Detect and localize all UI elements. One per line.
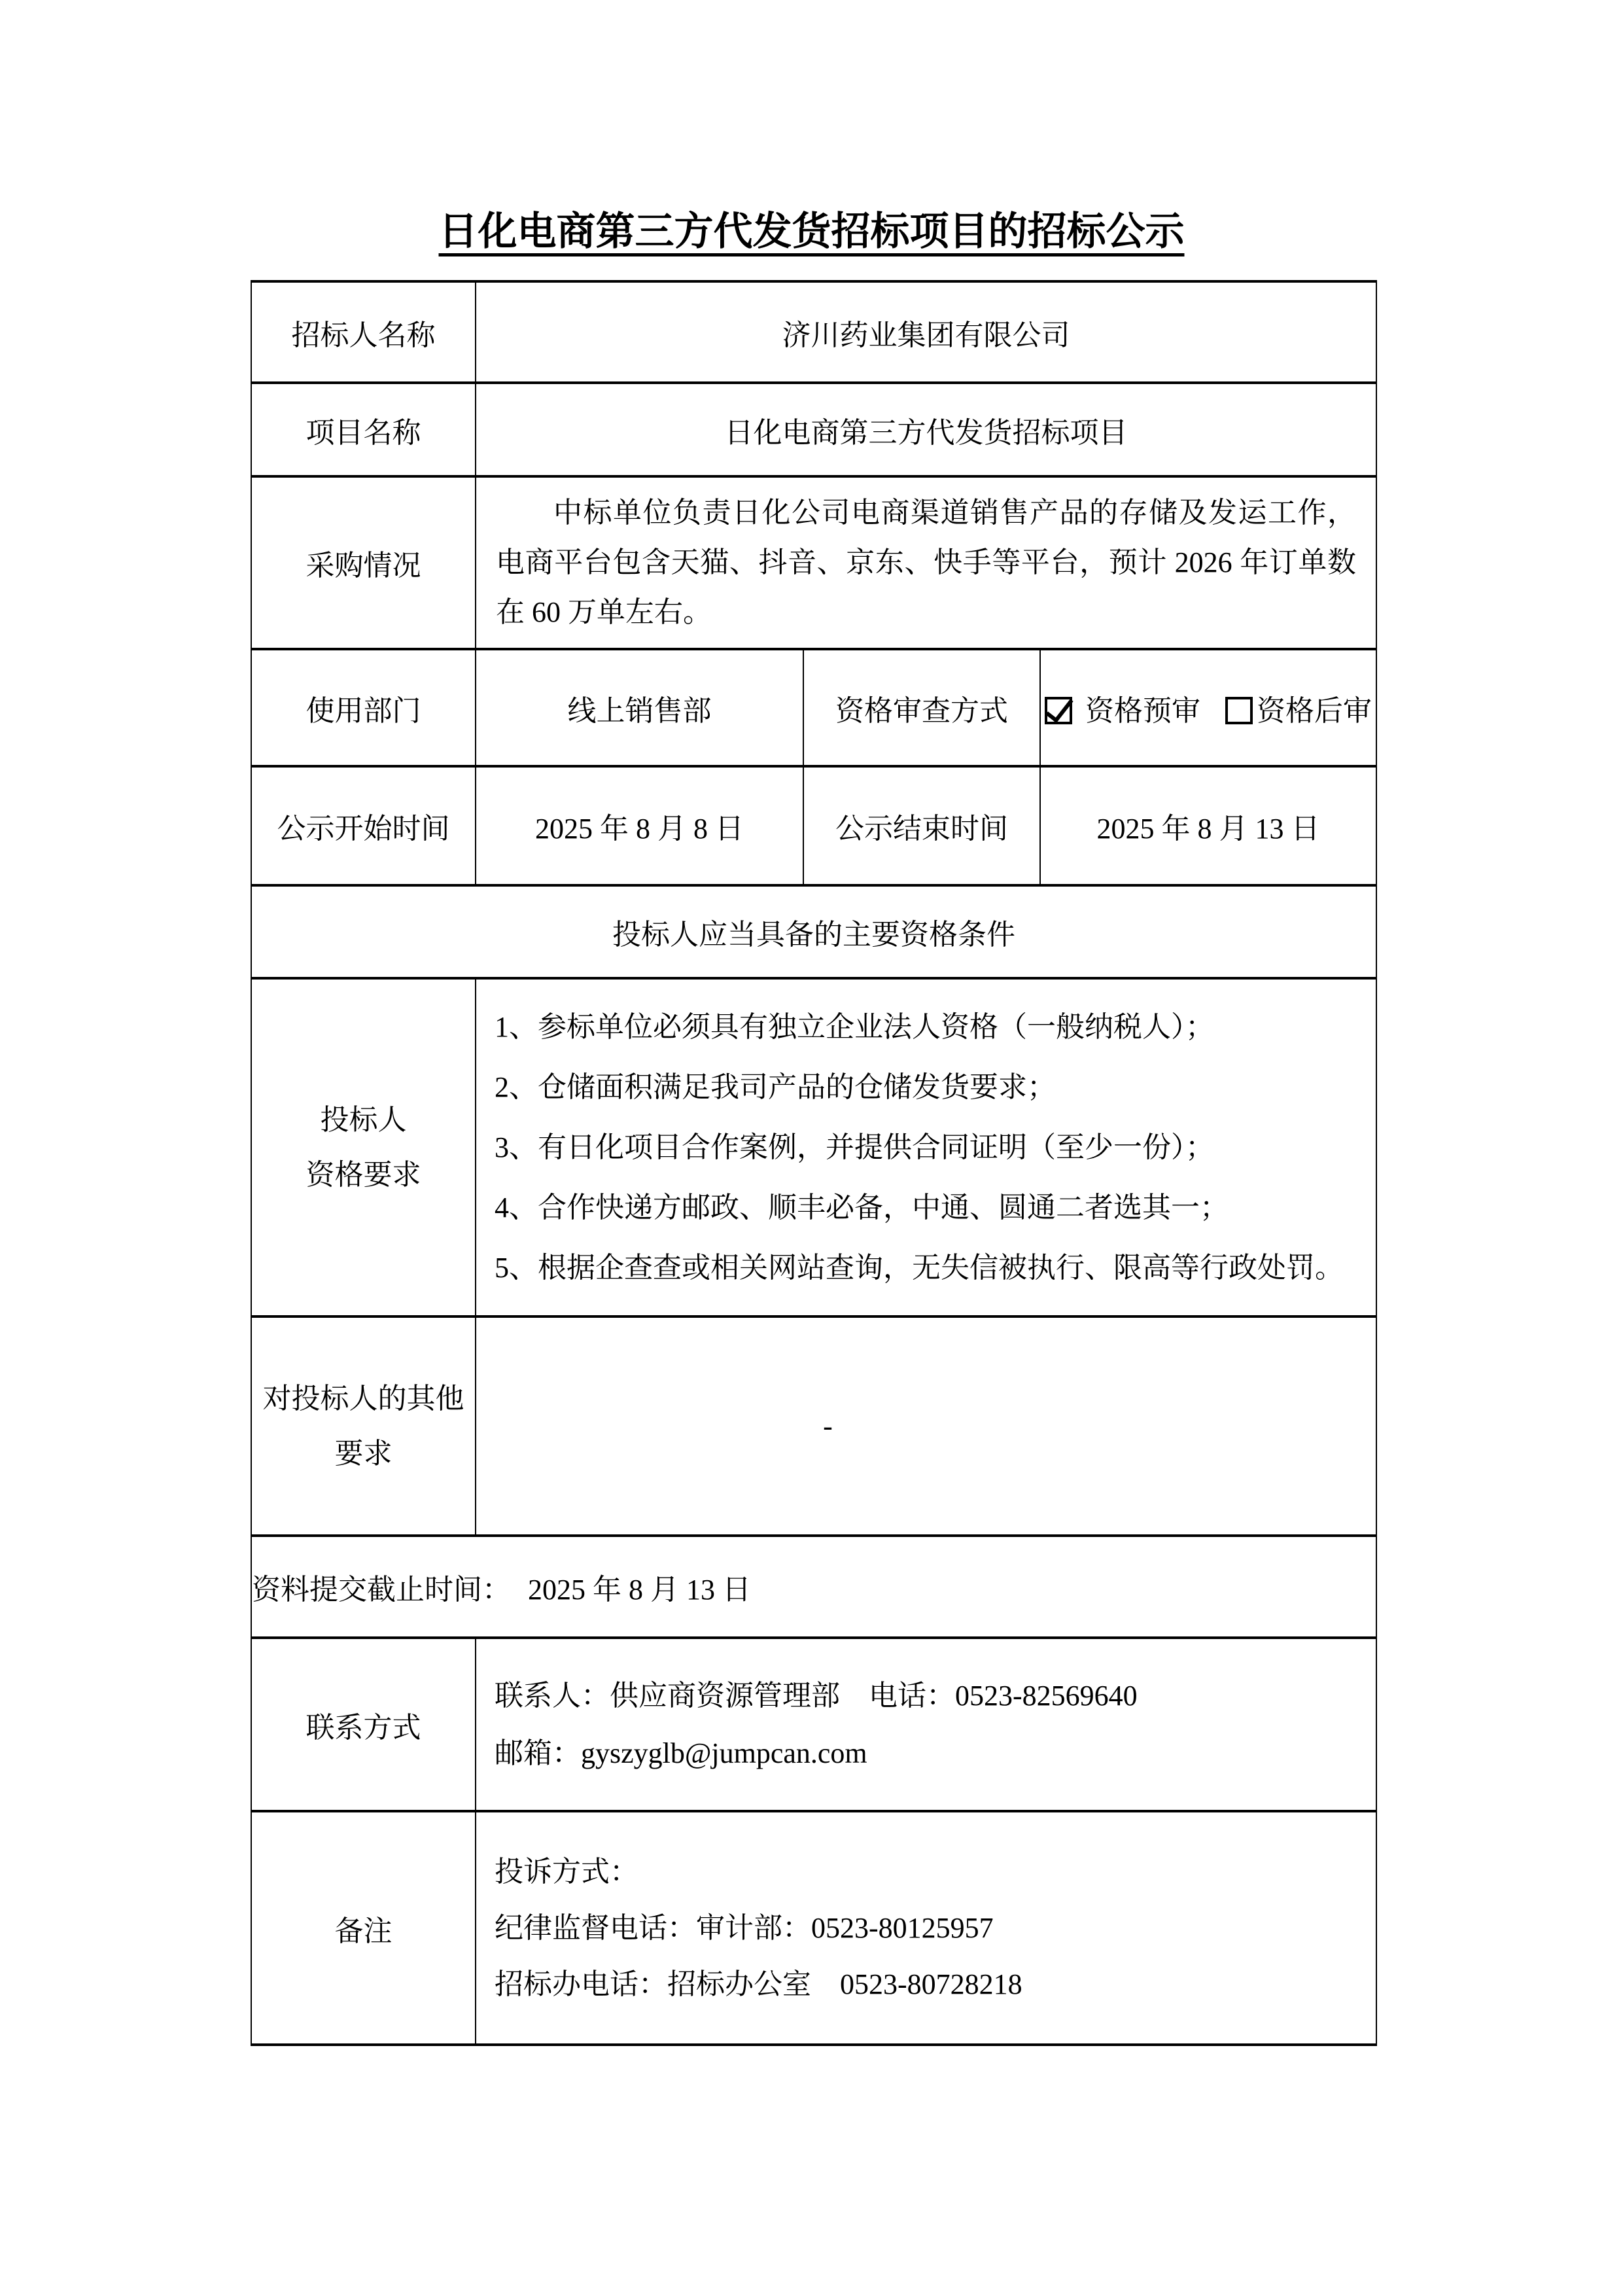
- row-deadline: 资料提交截止时间：2025 年 8 月 13 日: [251, 1536, 1376, 1638]
- bidder-qualifications-label-line1: 投标人: [252, 1093, 475, 1148]
- other-requirements-label-line2: 要求: [252, 1426, 475, 1481]
- remarks-value-cell: 投诉方式： 纪律监督电话：审计部：0523-80125957 招标办电话：招标办…: [476, 1811, 1376, 2045]
- row-department-review: 使用部门 线上销售部 资格审查方式 资格预审资格后审: [251, 649, 1376, 766]
- bidder-name-label: 招标人名称: [251, 281, 476, 383]
- page-title: 日化电商第三方代发货招标项目的招标公示: [0, 209, 1623, 255]
- page-title-text: 日化电商第三方代发货招标项目的招标公示: [439, 210, 1185, 253]
- other-requirements-label-line1: 对投标人的其他: [252, 1371, 475, 1426]
- other-requirements-label-cell: 对投标人的其他 要求: [251, 1316, 476, 1536]
- other-requirements-value: -: [823, 1410, 833, 1442]
- row-bidder-qualifications: 投标人 资格要求 1、参标单位必须具有独立企业法人资格（一般纳税人）； 2、仓储…: [251, 978, 1376, 1316]
- review-option-pre-label: 资格预审: [1085, 695, 1200, 727]
- qualification-item: 3、有日化项目合作案例，并提供合同证明（至少一份）；: [495, 1118, 1357, 1178]
- row-procurement: 采购情况 中标单位负责日化公司电商渠道销售产品的存储及发运工作，电商平台包含天猫…: [251, 476, 1376, 649]
- bidder-qualifications-list-cell: 1、参标单位必须具有独立企业法人资格（一般纳税人）； 2、仓储面积满足我司产品的…: [476, 978, 1376, 1316]
- department-label: 使用部门: [251, 649, 476, 766]
- bidder-qualifications-label-cell: 投标人 资格要求: [251, 978, 476, 1316]
- announcement-table: 招标人名称 济川药业集团有限公司 项目名称 日化电商第三方代发货招标项目 采购情…: [251, 280, 1377, 2046]
- qualification-header: 投标人应当具备的主要资格条件: [251, 885, 1376, 978]
- checked-checkbox-icon: [1045, 697, 1072, 724]
- remarks-line-complaint: 投诉方式：: [495, 1844, 1357, 1900]
- bidder-name-value: 济川药业集团有限公司: [476, 281, 1376, 383]
- remarks-line-tender-office-phone: 招标办电话：招标办公室 0523-80728218: [495, 1956, 1357, 2013]
- procurement-paragraph: 中标单位负责日化公司电商渠道销售产品的存储及发运工作，电商平台包含天猫、抖音、京…: [476, 478, 1376, 648]
- qualification-item: 5、根据企查查或相关网站查询，无失信被执行、限高等行政处罚。: [495, 1238, 1357, 1298]
- project-name-label: 项目名称: [251, 383, 476, 476]
- deadline-value: 2025 年 8 月 13 日: [528, 1574, 751, 1606]
- publicity-start-value: 2025 年 8 月 8 日: [476, 766, 803, 885]
- review-option-post-label: 资格后审: [1257, 695, 1372, 727]
- row-project-name: 项目名称 日化电商第三方代发货招标项目: [251, 383, 1376, 476]
- document-page: 日化电商第三方代发货招标项目的招标公示 招标人名称 济川药业集团有限公司 项目名…: [0, 0, 1623, 2296]
- remarks-line-discipline-phone: 纪律监督电话：审计部：0523-80125957: [495, 1900, 1357, 1956]
- other-requirements-value-cell: -: [476, 1316, 1376, 1536]
- review-option-post: 资格后审: [1225, 695, 1372, 727]
- procurement-label: 采购情况: [251, 476, 476, 649]
- qualification-item: 1、参标单位必须具有独立企业法人资格（一般纳税人）；: [495, 997, 1357, 1057]
- review-method-cell: 资格预审资格后审: [1040, 649, 1376, 766]
- project-name-value: 日化电商第三方代发货招标项目: [476, 383, 1376, 476]
- contact-label: 联系方式: [251, 1638, 476, 1811]
- contact-value-cell: 联系人：供应商资源管理部 电话：0523-82569640 邮箱：gyszygl…: [476, 1638, 1376, 1811]
- department-value: 线上销售部: [476, 649, 803, 766]
- publicity-start-label: 公示开始时间: [251, 766, 476, 885]
- deadline-label: 资料提交截止时间：: [252, 1574, 511, 1606]
- contact-line-email: 邮箱：gyszyglb@jumpcan.com: [495, 1725, 1357, 1782]
- procurement-value-cell: 中标单位负责日化公司电商渠道销售产品的存储及发运工作，电商平台包含天猫、抖音、京…: [476, 476, 1376, 649]
- qualification-item: 2、仓储面积满足我司产品的仓储发货要求；: [495, 1057, 1357, 1118]
- review-method-label: 资格审查方式: [803, 649, 1040, 766]
- publicity-end-value: 2025 年 8 月 13 日: [1040, 766, 1376, 885]
- row-qualification-header: 投标人应当具备的主要资格条件: [251, 885, 1376, 978]
- publicity-end-label: 公示结束时间: [803, 766, 1040, 885]
- review-option-pre: 资格预审: [1045, 695, 1200, 727]
- contact-line-person-phone: 联系人：供应商资源管理部 电话：0523-82569640: [495, 1667, 1357, 1725]
- deadline-cell: 资料提交截止时间：2025 年 8 月 13 日: [251, 1536, 1376, 1638]
- row-other-requirements: 对投标人的其他 要求 -: [251, 1316, 1376, 1536]
- remarks-label: 备注: [251, 1811, 476, 2045]
- row-publicity-dates: 公示开始时间 2025 年 8 月 8 日 公示结束时间 2025 年 8 月 …: [251, 766, 1376, 885]
- row-remarks: 备注 投诉方式： 纪律监督电话：审计部：0523-80125957 招标办电话：…: [251, 1811, 1376, 2045]
- unchecked-checkbox-icon: [1225, 697, 1253, 724]
- row-bidder-name: 招标人名称 济川药业集团有限公司: [251, 281, 1376, 383]
- row-contact: 联系方式 联系人：供应商资源管理部 电话：0523-82569640 邮箱：gy…: [251, 1638, 1376, 1811]
- bidder-qualifications-label-line2: 资格要求: [252, 1148, 475, 1203]
- qualification-item: 4、合作快递方邮政、顺丰必备，中通、圆通二者选其一；: [495, 1178, 1357, 1238]
